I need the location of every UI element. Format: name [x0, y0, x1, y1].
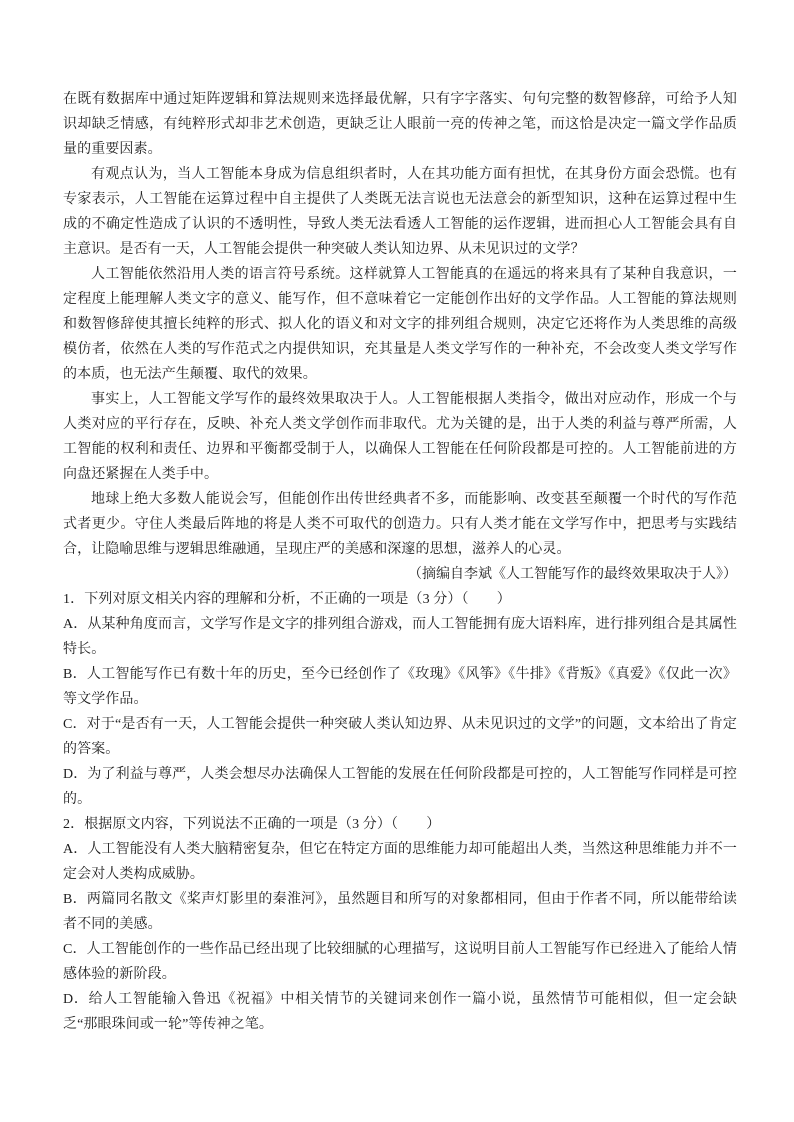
- question-2-option-d: D．给人工智能输入鲁迅《祝福》中相关情节的关键词来创作一篇小说，虽然情节可能相似…: [63, 987, 737, 1037]
- question-2-option-b: B．两篇同名散文《桨声灯影里的秦淮河》，虽然题目和所写的对象都相同，但由于作者不…: [63, 887, 737, 937]
- passage-paragraph-4: 事实上，人工智能文学写作的最终效果取决于人。人工智能根据人类指令，做出对应动作，…: [63, 387, 737, 487]
- reading-passage: 在既有数据库中通过矩阵逻辑和算法规则来选择最优解，只有字字落实、句句完整的数智修…: [63, 87, 737, 587]
- exam-document-page: 在既有数据库中通过矩阵逻辑和算法规则来选择最优解，只有字字落实、句句完整的数智修…: [0, 0, 794, 1122]
- question-1-option-c: C．对于“是否有一天，人工智能会提供一种突破人类认知边界、从未见识过的文学”的问…: [63, 712, 737, 762]
- question-1-option-b: B．人工智能写作已有数十年的历史，至今已经创作了《玫瑰》《风筝》《牛排》《背叛》…: [63, 662, 737, 712]
- page-content: 在既有数据库中通过矩阵逻辑和算法规则来选择最优解，只有字字落实、句句完整的数智修…: [63, 87, 737, 1037]
- passage-paragraph-1: 在既有数据库中通过矩阵逻辑和算法规则来选择最优解，只有字字落实、句句完整的数智修…: [63, 87, 737, 162]
- question-1-option-a: A．从某种角度而言，文学写作是文字的排列组合游戏，而人工智能拥有庞大语料库，进行…: [63, 612, 737, 662]
- question-2-stem: 2．根据原文内容，下列说法不正确的一项是（3 分）（ ）: [63, 812, 737, 837]
- questions-section: 1．下列对原文相关内容的理解和分析，不正确的一项是（3 分）（ ） A．从某种角…: [63, 587, 737, 1037]
- passage-paragraph-3: 人工智能依然沿用人类的语言符号系统。这样就算人工智能真的在遥远的将来具有了某种自…: [63, 262, 737, 387]
- passage-paragraph-2: 有观点认为，当人工智能本身成为信息组织者时，人在其功能方面有担忧，在其身份方面会…: [63, 162, 737, 262]
- question-1-option-d: D．为了利益与尊严，人类会想尽办法确保人工智能的发展在任何阶段都是可控的，人工智…: [63, 762, 737, 812]
- question-2-option-c: C．人工智能创作的一些作品已经出现了比较细腻的心理描写，这说明目前人工智能写作已…: [63, 937, 737, 987]
- question-1-stem: 1．下列对原文相关内容的理解和分析，不正确的一项是（3 分）（ ）: [63, 587, 737, 612]
- passage-paragraph-5: 地球上绝大多数人能说会写，但能创作出传世经典者不多，而能影响、改变甚至颠覆一个时…: [63, 487, 737, 562]
- passage-attribution: （摘编自李斌《人工智能写作的最终效果取决于人》）: [63, 562, 737, 587]
- question-2-option-a: A．人工智能没有人类大脑精密复杂，但它在特定方面的思维能力却可能超出人类，当然这…: [63, 837, 737, 887]
